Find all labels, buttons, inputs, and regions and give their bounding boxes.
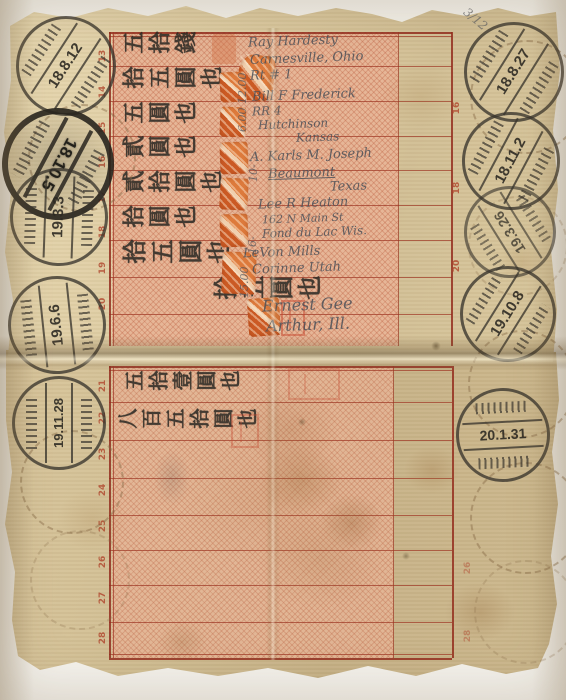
dotted-stamp-circle (30, 530, 130, 630)
grid-line (109, 550, 452, 551)
address-line: Texas (330, 178, 368, 194)
postmark-arc-marks (24, 188, 37, 244)
amount-entry: 拾圓也 (122, 208, 200, 238)
amount-entry: 拾五圓也 (122, 242, 234, 276)
grid-line (109, 402, 452, 403)
seal-mark (304, 374, 306, 394)
postmark-arc-marks (81, 397, 92, 450)
address-line: Ray Hardesty (248, 32, 338, 50)
postmark-date: 20.1.31 (479, 425, 526, 443)
seal-mark (240, 421, 242, 442)
amount-entry: 五拾錢 (122, 34, 200, 64)
grid-line (109, 478, 452, 479)
red-seal-stamp (231, 414, 259, 448)
column-divider (398, 32, 399, 346)
grid-border-right (452, 366, 454, 658)
row-label: 26 (463, 558, 473, 578)
row-label: 16 (452, 98, 462, 118)
stamp-fragment (212, 34, 236, 64)
amount-entry: 五拾壹圓也 (124, 372, 244, 400)
pencil-annotation: 6.00 12.00 (236, 73, 249, 132)
amount-entry: 貳拾圓也 (122, 173, 226, 203)
passbook-photo: 13 14 15 16 17 18 19 20 16 18 20 五拾錢 拾五圓… (0, 0, 566, 700)
row-label: 21 (98, 376, 108, 396)
postmark-date: 18.11.2 (491, 135, 529, 186)
grid-line (109, 622, 452, 623)
row-label: 19 (98, 258, 108, 278)
postmark-arc-marks (26, 397, 37, 450)
grid-line (109, 515, 452, 516)
postmark-date: 19.11.28 (51, 398, 66, 448)
address-line: Kansas (296, 129, 340, 145)
row-label: 28 (98, 628, 108, 648)
postmark-arc-marks (475, 401, 528, 414)
stamp-fragment (219, 214, 248, 248)
horizontal-fold (0, 336, 566, 370)
column-divider (393, 366, 394, 658)
row-label: 28 (463, 626, 473, 646)
postmark-date: 18.8.27 (493, 46, 534, 97)
row-label: 18 (452, 178, 462, 198)
grid-line (109, 440, 452, 441)
amount-entry: 五圓也 (122, 104, 200, 134)
postmark-date: 19.3.3 (49, 196, 67, 238)
amount-entry: 拾五圓也 (122, 69, 226, 99)
grid-line (109, 585, 452, 586)
postmark-date: 18.8.12 (45, 40, 87, 91)
postmark-arc-marks (81, 190, 94, 246)
stamp-fragment (219, 142, 248, 175)
pencil-annotation: 15.00 (238, 267, 251, 299)
stamp-fragment (219, 177, 249, 210)
postmark-arc-marks (478, 456, 531, 469)
row-label: 20 (452, 256, 462, 276)
grid-line (109, 654, 452, 655)
postmark-stamp: 19.11.28 (12, 376, 106, 470)
pencil-annotation: 16- (246, 236, 259, 254)
red-seal-stamp (288, 368, 340, 400)
grid-line (109, 658, 452, 660)
pencil-annotation: 10- (247, 164, 260, 182)
